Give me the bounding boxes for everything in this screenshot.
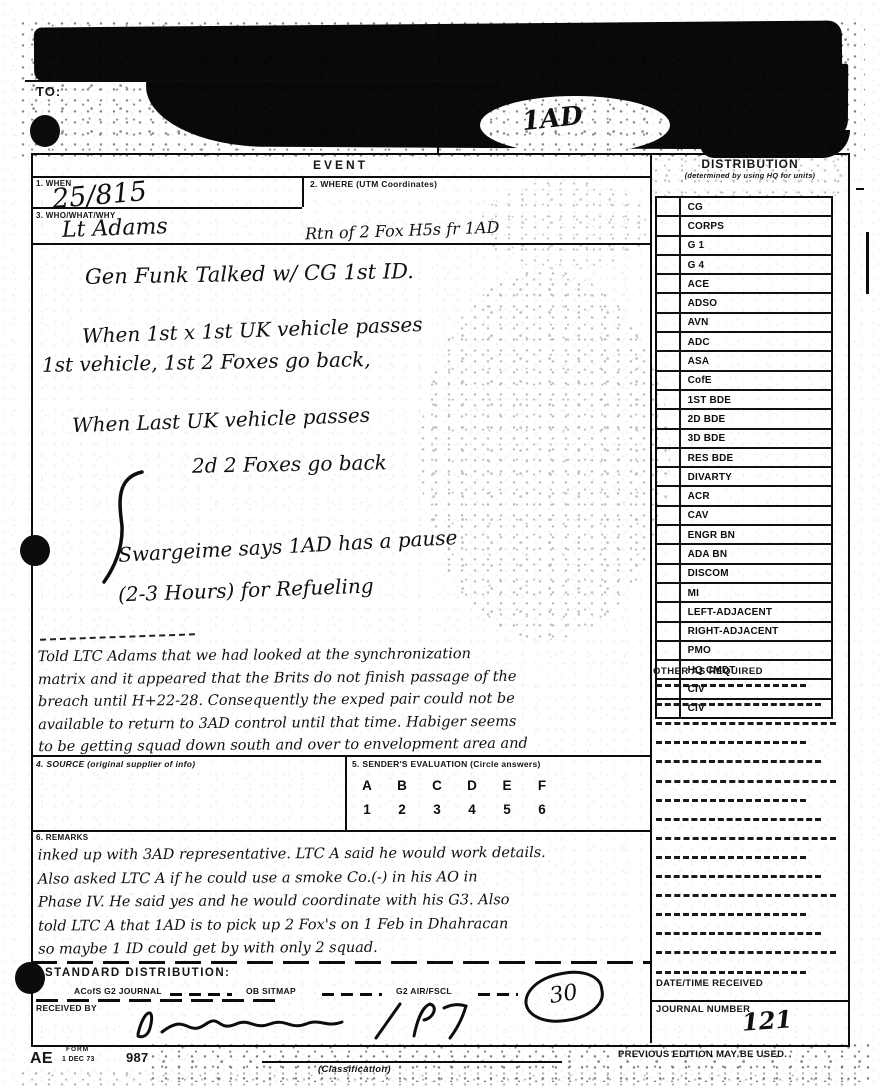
source-label: 4. SOURCE (original supplier of info) xyxy=(36,759,195,769)
source-eval-divider xyxy=(345,755,347,832)
distribution-subtitle: (determined by using HQ for units) xyxy=(652,171,848,180)
evaluation-number: 5 xyxy=(500,802,514,817)
blank-dashed-line xyxy=(656,741,806,744)
distribution-row: G 4 xyxy=(657,256,831,275)
blank-dashed-line xyxy=(656,722,836,725)
event-section-title: EVENT xyxy=(31,158,650,172)
checkbox-cell xyxy=(657,372,681,389)
distribution-unit-label: ACE xyxy=(681,278,709,290)
previous-edition-note: PREVIOUS EDITION MAY BE USED. xyxy=(618,1049,787,1060)
checkbox-cell xyxy=(657,217,681,234)
distribution-row: CORPS xyxy=(657,217,831,236)
standard-distribution-top-rule xyxy=(31,961,652,964)
form-word: FORM xyxy=(66,1046,89,1053)
distribution-unit-label: DIVARTY xyxy=(681,471,732,483)
distribution-unit-label: ACR xyxy=(681,490,710,502)
handwritten-brace xyxy=(100,468,148,588)
checkbox-cell xyxy=(657,487,681,504)
remarks-line: inked up with 3AD representative. LTC A … xyxy=(38,841,652,868)
distribution-row: CG xyxy=(657,198,831,217)
distribution-row: ADA BN xyxy=(657,545,831,564)
checkbox-cell xyxy=(657,294,681,311)
checkbox-cell xyxy=(657,333,681,350)
evaluation-letter: E xyxy=(500,778,514,793)
remarks-top-rule xyxy=(31,830,652,832)
distribution-unit-label: 2D BDE xyxy=(681,413,725,425)
handwritten-1ad-note: 1AD xyxy=(521,101,585,137)
distribution-row: DISCOM xyxy=(657,565,831,584)
evaluation-letter: C xyxy=(430,778,444,793)
distribution-row: DIVARTY xyxy=(657,468,831,487)
distribution-unit-label: G 4 xyxy=(681,259,704,271)
distribution-row: G 1 xyxy=(657,237,831,256)
distribution-unit-label: G 1 xyxy=(681,239,704,251)
distribution-unit-label: PMO xyxy=(681,644,711,656)
standard-distribution-item: ACofS G2 JOURNAL xyxy=(74,986,162,996)
standard-distribution-item: OB SITMAP xyxy=(246,986,296,996)
distribution-row: 1ST BDE xyxy=(657,391,831,410)
distribution-row: PMO xyxy=(657,642,831,661)
checkbox-cell xyxy=(657,352,681,369)
blank-dashed-line xyxy=(656,799,806,802)
checkbox-cell xyxy=(657,198,681,215)
distribution-row: RIGHT-ADJACENT xyxy=(657,623,831,642)
checkbox-cell xyxy=(657,565,681,582)
blank-dashed-line xyxy=(656,913,806,916)
distribution-unit-label: ADC xyxy=(681,336,710,348)
remarks-handwriting: inked up with 3AD representative. LTC A … xyxy=(38,841,653,962)
evaluation-number: 2 xyxy=(395,802,409,817)
evaluation-number: 6 xyxy=(535,802,549,817)
scanned-event-log-form: 1AD TO: EVENT 1. WHEN 25/815 2. WHERE (U… xyxy=(0,0,880,1088)
remarks-line: so maybe 1 ID could get by with only 2 s… xyxy=(38,935,652,962)
distribution-row: ASA xyxy=(657,352,831,371)
hole-punch-1 xyxy=(30,115,60,147)
distribution-unit-label: MI xyxy=(681,587,699,599)
distribution-table: CGCORPSG 1G 4ACEADSOAVNADCASACofE1ST BDE… xyxy=(655,196,833,719)
standard-distribution-item: G2 AIR/FSCL xyxy=(396,986,452,996)
distribution-unit-label: CAV xyxy=(681,509,709,521)
std-dash-1 xyxy=(170,993,232,996)
standard-distribution-title: STANDARD DISTRIBUTION: xyxy=(45,967,230,979)
distribution-unit-label: CORPS xyxy=(681,220,724,232)
blank-dashed-line xyxy=(656,971,806,974)
distribution-unit-label: ADA BN xyxy=(681,548,727,560)
classification-rule xyxy=(262,1061,562,1063)
body-handwriting-line: 2d 2 Foxes go back xyxy=(192,450,387,477)
evaluation-number: 4 xyxy=(465,802,479,817)
distribution-row: MI xyxy=(657,584,831,603)
remarks-label: 6. REMARKS xyxy=(36,833,88,842)
distribution-unit-label: DISCOM xyxy=(681,567,729,579)
form-number: 987 xyxy=(126,1050,149,1065)
checkbox-cell xyxy=(657,391,681,408)
blank-dashed-line xyxy=(656,780,836,783)
when-where-divider xyxy=(302,176,304,207)
distribution-unit-label: LEFT-ADJACENT xyxy=(681,606,772,618)
evaluation-label: 5. SENDER'S EVALUATION (Circle answers) xyxy=(352,759,541,769)
form-date: 1 DEC 73 xyxy=(62,1056,95,1063)
blank-dashed-line xyxy=(656,818,821,821)
distribution-unit-label: CG xyxy=(681,201,703,213)
distribution-unit-label: RIGHT-ADJACENT xyxy=(681,625,778,637)
evaluation-letter: F xyxy=(535,778,549,793)
checkbox-cell xyxy=(657,256,681,273)
synchronization-note: Told LTC Adams that we had looked at the… xyxy=(38,642,651,759)
received-by-label: RECEIVED BY xyxy=(36,1003,97,1013)
distribution-row: 2D BDE xyxy=(657,410,831,429)
distribution-row: RES BDE xyxy=(657,449,831,468)
checkbox-cell xyxy=(657,275,681,292)
distribution-row: ADSO xyxy=(657,294,831,313)
header-rule-1 xyxy=(25,80,495,82)
source-top-rule xyxy=(31,755,652,757)
distribution-unit-label: ENGR BN xyxy=(681,529,735,541)
distribution-row: ADC xyxy=(657,333,831,352)
journal-number-top-rule xyxy=(652,1000,848,1002)
blank-dashed-line xyxy=(656,760,821,763)
distribution-unit-label: AVN xyxy=(681,316,709,328)
blank-dashed-line xyxy=(656,856,806,859)
evaluation-letters: ABCDEF xyxy=(360,778,549,793)
checkbox-cell xyxy=(657,584,681,601)
distribution-row: LEFT-ADJACENT xyxy=(657,603,831,622)
distribution-row: CAV xyxy=(657,507,831,526)
journal-number-value: 121 xyxy=(741,1004,793,1036)
blank-dashed-line xyxy=(656,875,821,878)
blank-dashed-line xyxy=(656,703,821,706)
blank-dashed-line xyxy=(656,894,836,897)
blank-dashed-line xyxy=(656,837,836,840)
evaluation-numbers: 123456 xyxy=(360,802,549,817)
who-value-left: Lt Adams xyxy=(62,214,168,243)
circled-count-value: 30 xyxy=(548,980,580,1009)
to-label: TO: xyxy=(36,84,61,99)
distribution-row: 3D BDE xyxy=(657,430,831,449)
remarks-line: told LTC A that 1AD is to pick up 2 Fox'… xyxy=(38,912,652,939)
distribution-unit-label: 1ST BDE xyxy=(681,394,731,406)
distribution-unit-label: ASA xyxy=(681,355,709,367)
distribution-unit-label: CofE xyxy=(681,374,712,386)
checkbox-cell xyxy=(657,545,681,562)
checkbox-cell xyxy=(657,237,681,254)
checkbox-cell xyxy=(657,603,681,620)
distribution-title: DISTRIBUTION xyxy=(652,157,848,171)
blank-dashed-line xyxy=(656,951,836,954)
checkbox-cell xyxy=(657,430,681,447)
date-time-received-label: DATE/TIME RECEIVED xyxy=(656,978,763,989)
other-as-required-label: OTHER AS REQUIRED xyxy=(653,666,763,677)
where-label: 2. WHERE (UTM Coordinates) xyxy=(310,179,437,189)
scan-noise-bottom-edge xyxy=(20,1070,860,1086)
evaluation-letter: A xyxy=(360,778,374,793)
checkbox-cell xyxy=(657,410,681,427)
checkbox-cell xyxy=(657,642,681,659)
checkbox-cell xyxy=(657,623,681,640)
journal-number-label: JOURNAL NUMBER xyxy=(656,1004,750,1015)
received-by-signature xyxy=(128,998,478,1044)
distribution-row: ENGR BN xyxy=(657,526,831,545)
evaluation-number: 3 xyxy=(430,802,444,817)
checkbox-cell xyxy=(657,449,681,466)
header-divider xyxy=(437,86,439,154)
remarks-line: Also asked LTC A if he could use a smoke… xyxy=(38,865,652,892)
evaluation-number: 1 xyxy=(360,802,374,817)
classification-label: (Classification) xyxy=(318,1064,391,1075)
distribution-row: ACE xyxy=(657,275,831,294)
stray-mark-2 xyxy=(856,188,864,190)
checkbox-cell xyxy=(657,468,681,485)
remarks-line: Phase IV. He said yes and he would coord… xyxy=(38,888,652,915)
checkbox-cell xyxy=(657,507,681,524)
blank-dashed-line xyxy=(656,684,806,687)
distribution-unit-label: RES BDE xyxy=(681,452,733,464)
std-dash-3 xyxy=(478,993,518,996)
stray-mark xyxy=(866,232,869,294)
distribution-unit-label: 3D BDE xyxy=(681,432,725,444)
when-bottom-rule xyxy=(31,207,302,209)
who-bottom-rule xyxy=(31,243,652,245)
evaluation-letter: D xyxy=(465,778,479,793)
checkbox-cell xyxy=(657,526,681,543)
form-prefix: AE xyxy=(30,1050,53,1068)
distribution-row: CofE xyxy=(657,372,831,391)
distribution-row: AVN xyxy=(657,314,831,333)
checkbox-cell xyxy=(657,314,681,331)
distribution-row: ACR xyxy=(657,487,831,506)
std-dash-2 xyxy=(322,993,382,996)
evaluation-letter: B xyxy=(395,778,409,793)
blank-dashed-line xyxy=(656,932,821,935)
distribution-unit-label: ADSO xyxy=(681,297,717,309)
